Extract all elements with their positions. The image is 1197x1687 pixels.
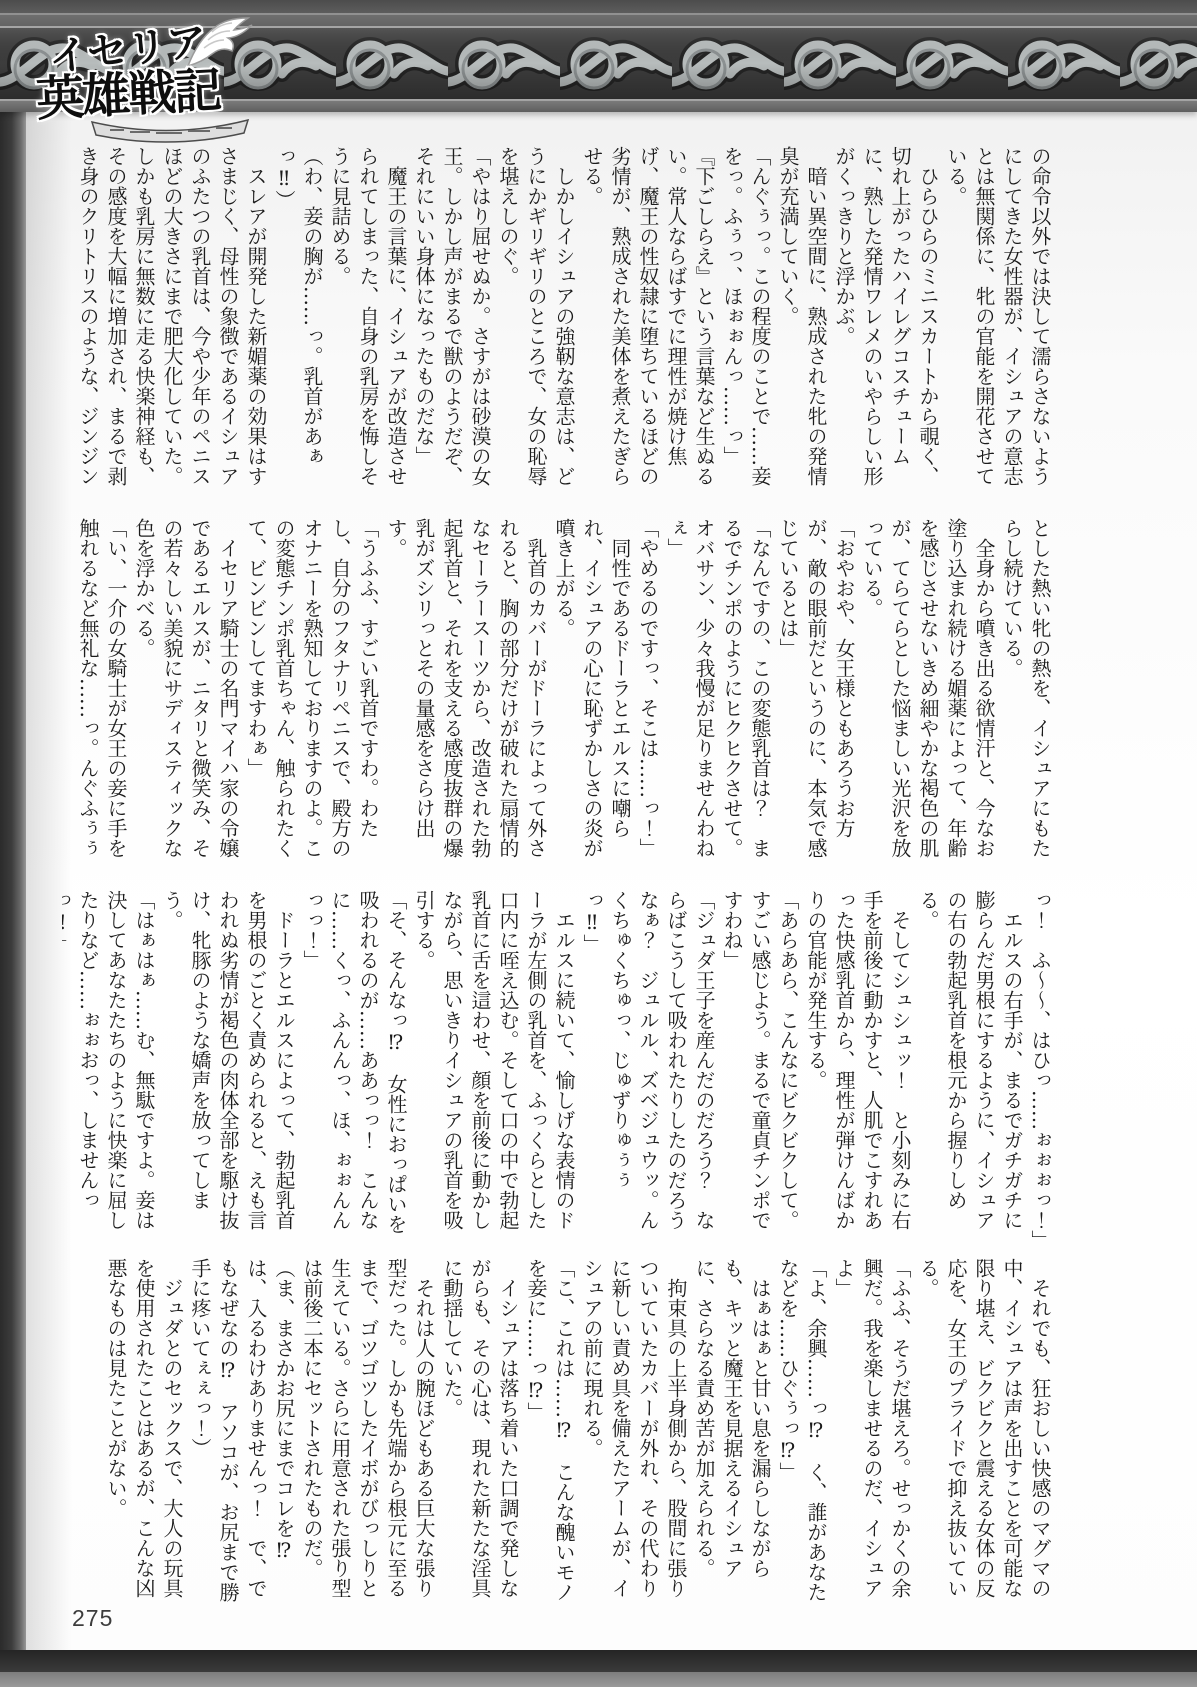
- paragraph: スレアが開発した新媚薬の効果はすさまじく、母性の象徴であるイシュアのふたつの乳首…: [74, 146, 270, 498]
- paragraph: イセリア騎士の名門マイハ家の令嬢であるエルスが、ニタリと微笑み、その若々しい美貌…: [130, 518, 242, 870]
- paragraph: 「んぐぅっ。この程度のことで……妾をっ。ふぅっ、ほぉぉんっ……っ」: [718, 146, 774, 498]
- paragraph: それでも、狂おしい快感のマグマの中、イシュアは声を出すことを可能な限り堪え、ビク…: [914, 1258, 1054, 1610]
- text-band-2: とした熱い牝の熱を、イシュアにもたらし続けている。 全身から噴き出る欲情汗と、今…: [62, 518, 1054, 870]
- paragraph: 暗い異空間に、熟成された牝の発情臭が充満していく。: [774, 146, 830, 498]
- paragraph: 「ふふ、そうだ堪えろ。せっかくの余興だ。我を楽しませるのだ、イシュアよ」: [830, 1258, 914, 1610]
- paragraph: 「い、一介の女騎士が女王の妾に手を触れるなど無礼な……っ。んぐふぅぅ: [74, 518, 130, 870]
- paragraph: 「こ、これは……⁉ こんな醜いモノを妾に……っ⁉」: [522, 1258, 578, 1610]
- paragraph: 「そ、そんなっ⁉ 女性におっぱいを吸われるのが……ああっっ！ こんなに……くっ、…: [298, 890, 410, 1242]
- paragraph: エルスに続いて、愉しげな表情のドーラが左側の乳首を、ふっくらとした口内に咥え込む…: [410, 890, 578, 1242]
- ribbon-banner: [82, 116, 258, 146]
- paragraph: イシュアは落ち着いた口調で発しながらも、その心は、現れた新たな淫具に動揺していた…: [438, 1258, 522, 1610]
- paragraph: エルスの右手が、まるでガチガチに膨らんだ男根にするように、イシュアの右の勃起乳首…: [914, 890, 1026, 1242]
- paragraph: はぁはぁと甘い息を漏らしながらも、キッと魔王を見据えるイシュアに、さらなる責め苦…: [690, 1258, 774, 1610]
- paragraph: 「やめるのですっ、そこは……っ！」: [634, 518, 662, 870]
- paragraph: 「うふふ、すごい乳首ですわ。わたし、自分のフタナリペニスで、殿方のオナニーを熟知…: [242, 518, 382, 870]
- paragraph: それは人の腕ほどもある巨大な張り型だった。しかも先端から根元に至るまで、ゴツゴツ…: [298, 1258, 438, 1610]
- paragraph: 「ジュダ王子を産んだのだろう？ ならばこうして吸われたりしたのだろうなぁ？ ジュ…: [578, 890, 718, 1242]
- page-number: 275: [72, 1605, 113, 1632]
- text-band-3: っ！ ふ～～、はひっ……ぉぉぉっ！」 エルスの右手が、まるでガチガチに膨らんだ男…: [62, 890, 1054, 1242]
- paragraph: ドーラとエルスによって、勃起乳首を男根のごとく責められると、えも言われぬ劣情が褐…: [158, 890, 298, 1242]
- paragraph: 同性であるドーラとエルスに嘲られ、イシュアの心に恥ずかしさの炎が噴き上がる。: [550, 518, 634, 870]
- text-band-1: の命令以外では決して濡らさないようにしてきた女性器が、イシュアの意志とは無関係に…: [62, 146, 1054, 498]
- paragraph: しかしイシュアの強靭な意志は、どうにかギリギリのところで、女の恥辱を堪えしのぐ。: [494, 146, 578, 498]
- paragraph: の命令以外では決して濡らさないようにしてきた女性器が、イシュアの意志とは無関係に…: [942, 146, 1054, 498]
- page-edge-bottom-dark: [0, 1650, 1197, 1672]
- paragraph: （ま、まさかお尻にまでコレを⁉ は、入るわけありませんっ！ で、でもなぜなの⁉ …: [186, 1258, 298, 1610]
- paragraph: 「なんですの、この変態乳首は？ まるでチンポのようにヒクヒクさせて。オバサン、少…: [662, 518, 774, 870]
- paragraph: 「やはり屈せぬか。さすがは砂漠の女王。しかし声がまるで獣のようだぞ、それにいい身…: [410, 146, 494, 498]
- paragraph: 『下ごしらえ』という言葉など生ぬるい。常人ならばすでに理性が焼け焦げ、魔王の性奴…: [578, 146, 718, 498]
- paragraph: っ！ ふ～～、はひっ……ぉぉぉっ！」: [1026, 890, 1054, 1242]
- paragraph: ひらひらのミニスカートから覗く、切れ上がったハイレグコスチュームに、熟した発情ワ…: [830, 146, 942, 498]
- page-edge-left: [0, 110, 26, 1687]
- paragraph: 「おやおや、女王様ともあろうお方が、敵の眼前だというのに、本気で感じているとは」: [774, 518, 858, 870]
- paragraph: （わ、妾の胸が……っ。乳首があぁっ‼）: [270, 146, 326, 498]
- paragraph: 「よ、余興……っ⁉ く、誰があなたなどを……ひぐぅっ⁉」: [774, 1258, 830, 1610]
- paragraph: 魔王の言葉に、イシュアが改造させられてしまった、自身の乳房を悔しそうに見詰める。: [326, 146, 410, 498]
- book-page: イセリア 英雄戦記 の命令以外では決して濡らさないようにしてきた女性器が、イシュ…: [0, 0, 1197, 1687]
- paragraph: 拘束具の上半身側から、股間に張りついていたカバーが外れ、その代わりに新しい責め具…: [578, 1258, 690, 1610]
- paragraph: 「はぁはぁ……む、無駄ですよ。妾は決してあなたたちのように快楽に屈したりなど………: [62, 890, 158, 1242]
- paragraph: 全身から噴き出る欲情汗と、今なお塗り込まれ続ける媚薬によって、年齢を感じさせない…: [858, 518, 998, 870]
- paragraph: とした熱い牝の熱を、イシュアにもたらし続けている。: [998, 518, 1054, 870]
- paragraph: そしてシュシュッ！ と小刻みに右手を前後に動かすと、人肌でこすれあった快感乳首か…: [802, 890, 914, 1242]
- paragraph: ジュダとのセックスで、大人の玩具を使用されたことはあるが、こんな凶悪なものは見た…: [102, 1258, 186, 1610]
- paragraph: 乳首のカバーがドーラによって外されると、胸の部分だけが破れた扇情的なセーラースー…: [382, 518, 550, 870]
- paragraph: 「あらあら、こんなにビクビクして。すごい感じよう。まるで童貞チンポですわね」: [718, 890, 802, 1242]
- text-band-4: それでも、狂おしい快感のマグマの中、イシュアは声を出すことを可能な限り堪え、ビク…: [62, 1258, 1054, 1610]
- page-edge-bottom-gray: [0, 1672, 1197, 1687]
- series-logo: イセリア 英雄戦記: [34, 12, 284, 142]
